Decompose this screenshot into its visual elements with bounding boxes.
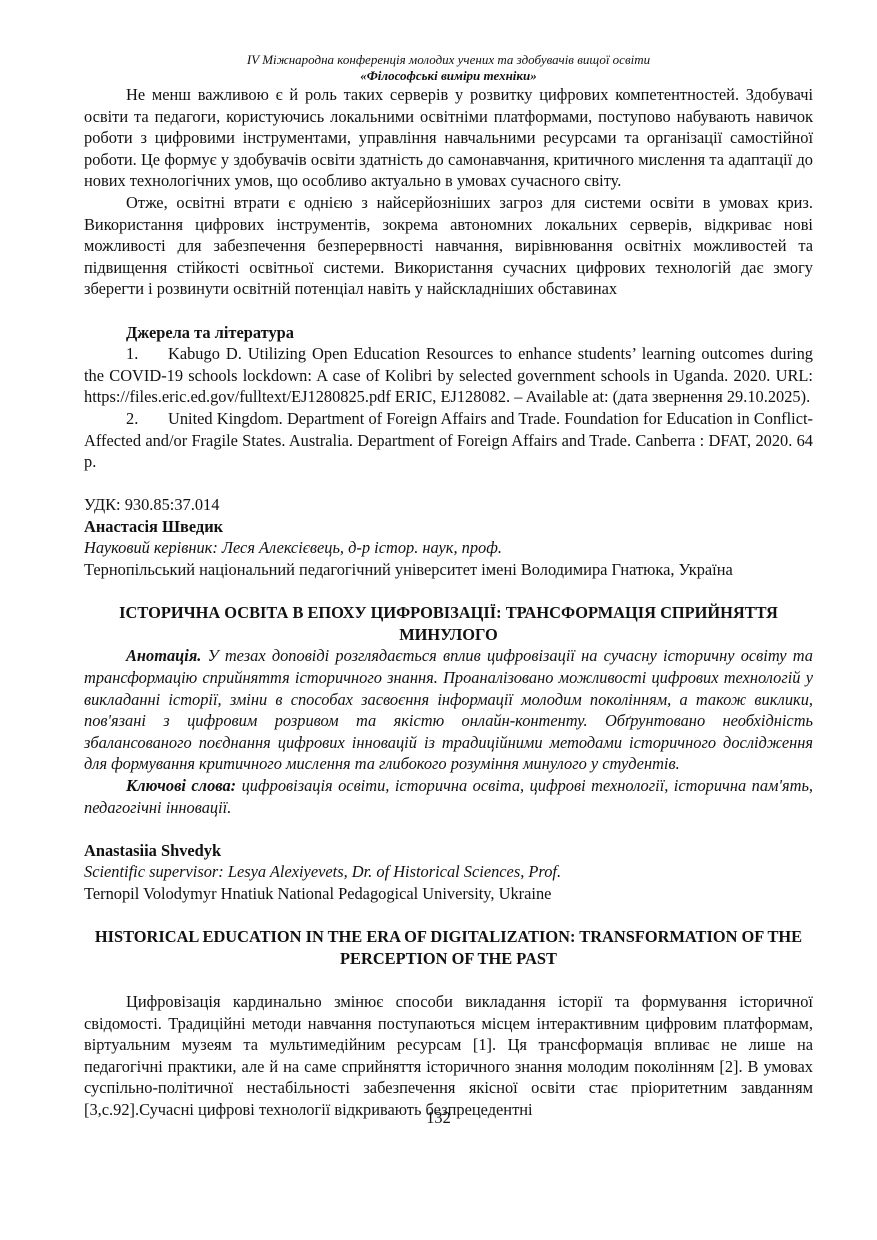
conference-subtitle: «Філософські виміри техніки» (84, 68, 813, 84)
affiliation-ua: Тернопільський національний педагогічний… (84, 559, 813, 581)
body-paragraph: Цифровізація кардинально змінює способи … (84, 991, 813, 1121)
article-title-ua: ІСТОРИЧНА ОСВІТА В ЕПОХУ ЦИФРОВІЗАЦІЇ: Т… (84, 602, 813, 645)
reference-number: 1. (126, 343, 168, 365)
udc-code: УДК: 930.85:37.014 (84, 494, 813, 516)
document-page: IV Міжнародна конференція молодих учених… (84, 52, 813, 1121)
abstract: Анотація. У тезах доповіді розглядається… (84, 645, 813, 775)
keywords: Ключові слова: цифровізація освіти, істо… (84, 775, 813, 818)
author-name-en: Anastasiia Shvedyk (84, 840, 813, 862)
affiliation-en: Ternopil Volodymyr Hnatiuk National Peda… (84, 883, 813, 905)
body-paragraph: Не менш важливою є й роль таких серверів… (84, 84, 813, 192)
references-heading: Джерела та література (84, 322, 813, 344)
reference-item: 1.Kabugo D. Utilizing Open Education Res… (84, 343, 813, 408)
reference-text: United Kingdom. Department of Foreign Af… (84, 409, 813, 471)
page-number: 132 (0, 1108, 877, 1128)
abstract-text: У тезах доповіді розглядається вплив циф… (84, 646, 813, 773)
article-title-en: HISTORICAL EDUCATION IN THE ERA OF DIGIT… (84, 926, 813, 969)
body-paragraph: Отже, освітні втрати є однією з найсерйо… (84, 192, 813, 300)
supervisor-en: Scientific supervisor: Lesya Alexiyevets… (84, 861, 813, 883)
running-header: IV Міжнародна конференція молодих учених… (84, 52, 813, 84)
reference-text: Kabugo D. Utilizing Open Education Resou… (84, 344, 813, 406)
reference-number: 2. (126, 408, 168, 430)
reference-item: 2.United Kingdom. Department of Foreign … (84, 408, 813, 473)
keywords-label: Ключові слова: (126, 776, 236, 795)
abstract-label: Анотація. (126, 646, 201, 665)
author-name-ua: Анастасія Шведик (84, 516, 813, 538)
conference-name: IV Міжнародна конференція молодих учених… (84, 52, 813, 68)
supervisor-ua: Науковий керівник: Леся Алексієвець, д-р… (84, 537, 813, 559)
